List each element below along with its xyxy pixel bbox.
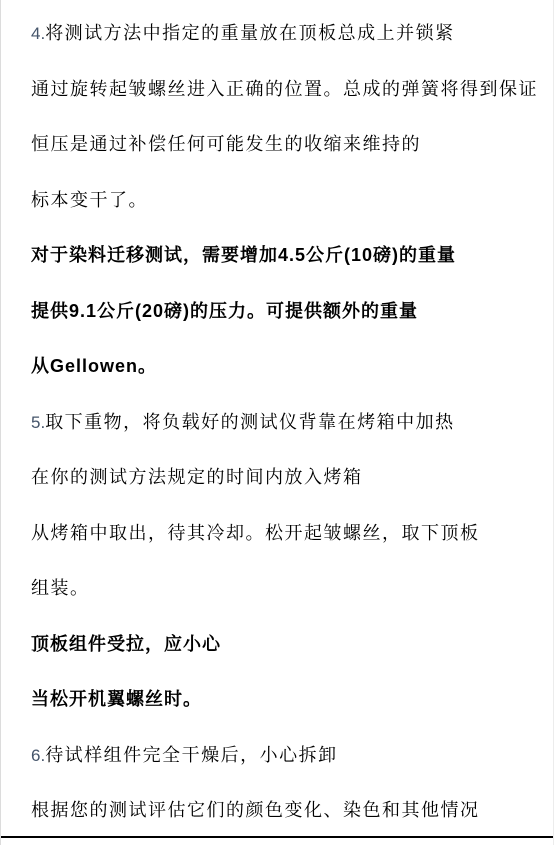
step-4-line: 4.将测试方法中指定的重量放在顶板总成上并锁紧 — [31, 24, 525, 42]
line-text: 通过旋转起皱螺丝进入正确的位置。总成的弹簧将得到保证 — [31, 79, 538, 99]
paragraph-line: 组装。 — [31, 579, 525, 597]
list-number: 6. — [31, 746, 45, 765]
line-text: 取下重物，将负载好的测试仪背靠在烤箱中加热 — [45, 412, 455, 432]
paragraph-line: 通过旋转起皱螺丝进入正确的位置。总成的弹簧将得到保证 — [31, 80, 525, 98]
line-text: 对于染料迁移测试，需要增加4.5公斤(10磅)的重量 — [31, 245, 456, 265]
paragraph-line: 恒压是通过补偿任何可能发生的收缩来维持的 — [31, 135, 525, 153]
line-text: 当松开机翼螺丝时。 — [31, 689, 202, 709]
paragraph-line: 从烤箱中取出，待其冷却。松开起皱螺丝，取下顶板 — [31, 524, 525, 542]
line-text: 恒压是通过补偿任何可能发生的收缩来维持的 — [31, 134, 421, 154]
bold-warning-line: 当松开机翼螺丝时。 — [31, 690, 525, 708]
bold-note-line: 对于染料迁移测试，需要增加4.5公斤(10磅)的重量 — [31, 246, 525, 264]
line-text: 提供9.1公斤(20磅)的压力。可提供额外的重量 — [31, 301, 418, 321]
document-page: { "document": { "language": "zh-CN", "te… — [0, 0, 554, 845]
list-number: 5. — [31, 413, 45, 432]
line-text: 从烤箱中取出，待其冷却。松开起皱螺丝，取下顶板 — [31, 523, 480, 543]
list-number: 4. — [31, 24, 45, 43]
bold-warning-line: 顶板组件受拉，应小心 — [31, 635, 525, 653]
line-text: 在你的测试方法规定的时间内放入烤箱 — [31, 467, 363, 487]
paragraph-line: 根据您的测试评估它们的颜色变化、染色和其他情况 — [31, 801, 525, 819]
line-text: 标本变干了。 — [31, 190, 148, 210]
bold-note-line: 提供9.1公斤(20磅)的压力。可提供额外的重量 — [31, 302, 525, 320]
line-text: 顶板组件受拉，应小心 — [31, 634, 221, 654]
bottom-divider — [1, 836, 553, 838]
paragraph-line: 在你的测试方法规定的时间内放入烤箱 — [31, 468, 525, 486]
line-text: 待试样组件完全干燥后，小心拆卸 — [45, 745, 338, 765]
step-6-line: 6.待试样组件完全干燥后，小心拆卸 — [31, 746, 525, 764]
line-text: 将测试方法中指定的重量放在顶板总成上并锁紧 — [45, 23, 455, 43]
text-body: 4.将测试方法中指定的重量放在顶板总成上并锁紧 通过旋转起皱螺丝进入正确的位置。… — [1, 0, 553, 845]
paragraph-line: 标本变干了。 — [31, 191, 525, 209]
line-text: 组装。 — [31, 578, 90, 598]
line-text: 从Gellowen。 — [31, 356, 157, 376]
bold-note-line: 从Gellowen。 — [31, 357, 525, 375]
line-text: 根据您的测试评估它们的颜色变化、染色和其他情况 — [31, 800, 480, 820]
step-5-line: 5.取下重物，将负载好的测试仪背靠在烤箱中加热 — [31, 413, 525, 431]
